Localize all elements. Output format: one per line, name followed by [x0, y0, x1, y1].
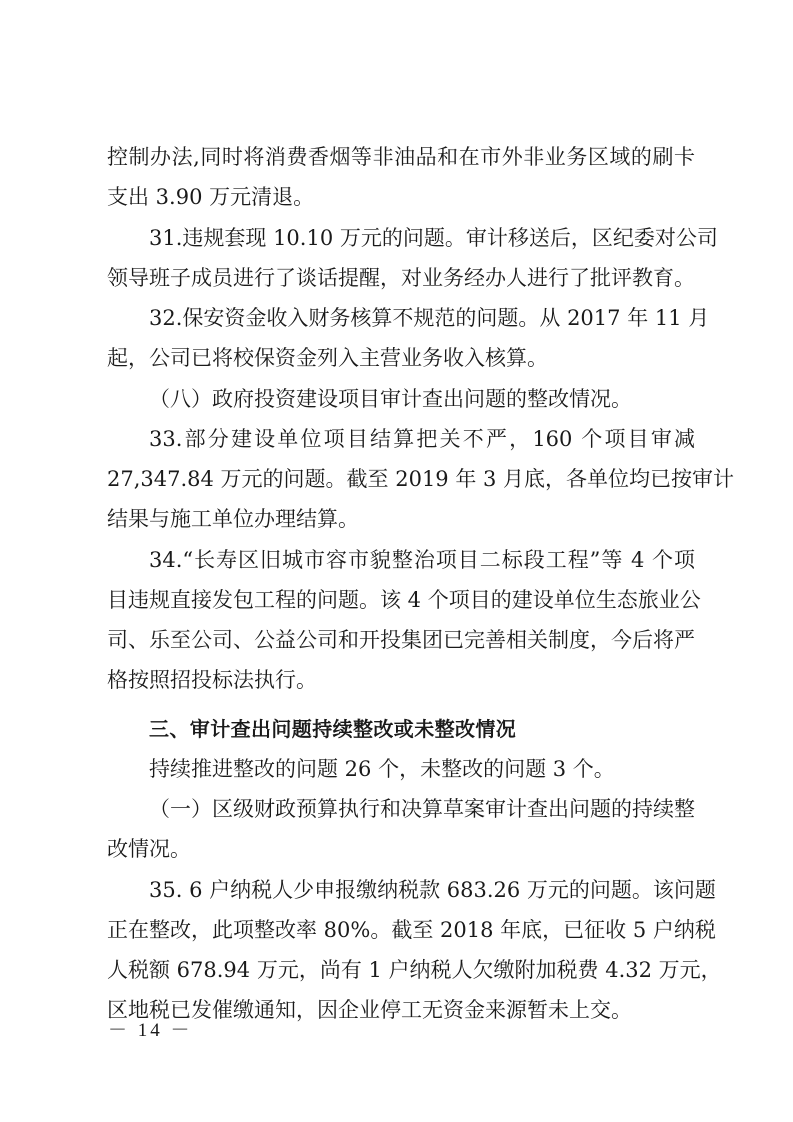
page-number: － 14 －: [108, 1015, 193, 1042]
text-line: 人税额 678.94 万元，尚有 1 户纳税人欠缴附加税费 4.32 万元，: [107, 950, 695, 990]
text-line: 34.“长寿区旧城市容市貌整治项目二标段工程”等 4 个项: [107, 540, 695, 580]
section-subheading: （一）区级财政预算执行和决算草案审计查出问题的持续整: [107, 789, 695, 829]
section-heading: 三、审计查出问题持续整改或未整改情况: [107, 709, 695, 749]
text-line: 支出 3.90 万元清退。: [107, 177, 695, 217]
text-line: 正在整改，此项整改率 80%。截至 2018 年底，已征收 5 户纳税: [107, 910, 695, 950]
text-line: 领导班子成员进行了谈话提醒，对业务经办人进行了批评教育。: [107, 258, 695, 298]
text-line: 27,347.84 万元的问题。截至 2019 年 3 月底，各单位均已按审计: [107, 459, 695, 499]
section-subheading: 改情况。: [107, 829, 695, 869]
text-line: 起，公司已将校保资金列入主营业务收入核算。: [107, 338, 695, 378]
text-line: 格按照招投标法执行。: [107, 660, 695, 700]
text-line: 区地税已发催缴通知，因企业停工无资金来源暂未上交。: [107, 990, 695, 1030]
text-line: 目违规直接发包工程的问题。该 4 个项目的建设单位生态旅业公: [107, 580, 695, 620]
text-line: 32.保安资金收入财务核算不规范的问题。从 2017 年 11 月: [107, 298, 695, 338]
text-line: 控制办法,同时将消费香烟等非油品和在市外非业务区域的刷卡: [107, 137, 695, 177]
section-subheading: （八）政府投资建设项目审计查出问题的整改情况。: [107, 379, 695, 419]
text-line: 司、乐至公司、公益公司和开投集团已完善相关制度，今后将严: [107, 620, 695, 660]
document-body: 控制办法,同时将消费香烟等非油品和在市外非业务区域的刷卡 支出 3.90 万元清…: [107, 137, 695, 1031]
text-line: 31.违规套现 10.10 万元的问题。审计移送后，区纪委对公司: [107, 218, 695, 258]
text-line: 持续推进整改的问题 26 个，未整改的问题 3 个。: [107, 749, 695, 789]
text-line: 结果与施工单位办理结算。: [107, 499, 695, 539]
text-line: 35. 6 户纳税人少申报缴纳税款 683.26 万元的问题。该问题: [107, 870, 695, 910]
text-line: 33.部分建设单位项目结算把关不严，160 个项目审减: [107, 419, 695, 459]
